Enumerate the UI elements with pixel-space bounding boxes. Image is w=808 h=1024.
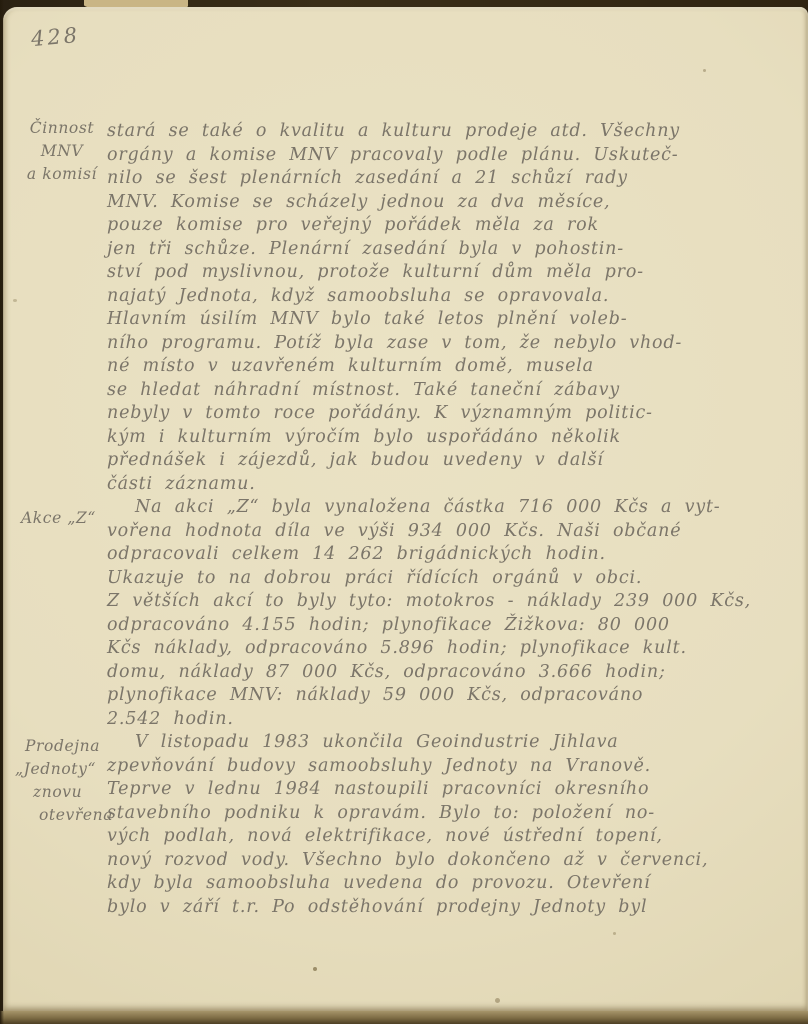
handwritten-line: části záznamu. — [107, 473, 783, 497]
handwritten-line: Teprve v lednu 1984 nastoupili pracovníc… — [107, 778, 783, 802]
handwritten-line: se hledat náhradní místnost. Také tanečn… — [107, 379, 783, 403]
margin-note-line: MNV — [15, 140, 109, 163]
chronicle-page: 428 Činnost MNV a komisí Akce „Z“ Prodej… — [3, 7, 808, 1011]
margin-note-akce-z: Akce „Z“ — [21, 507, 115, 530]
handwritten-line: vých podlah, nová elektrifikace, nové ús… — [107, 825, 783, 849]
handwritten-line: přednášek i zájezdů, jak budou uvedeny v… — [107, 449, 783, 473]
handwritten-line: ního programu. Potíž byla zase v tom, že… — [107, 332, 783, 356]
handwritten-line: zpevňování budovy samoobsluhy Jednoty na… — [107, 755, 783, 779]
handwritten-line: Kčs náklady, odpracováno 5.896 hodin; pl… — [107, 637, 783, 661]
handwritten-line: Hlavním úsilím MNV bylo také letos plněn… — [107, 308, 783, 332]
handwritten-line: vořena hodnota díla ve výši 934 000 Kčs.… — [107, 520, 783, 544]
chronicle-photo: 428 Činnost MNV a komisí Akce „Z“ Prodej… — [0, 0, 808, 1024]
handwritten-line: plynofikace MNV: náklady 59 000 Kčs, odp… — [107, 684, 783, 708]
handwritten-line: ství pod myslivnou, protože kulturní dům… — [107, 261, 783, 285]
paper-speck — [313, 967, 317, 971]
handwritten-line: Ukazuje to na dobrou práci řídících orgá… — [107, 567, 783, 591]
margin-note-line: a komisí — [15, 163, 109, 186]
handwritten-line: nový rozvod vody. Všechno bylo dokončeno… — [107, 849, 783, 873]
handwritten-line: V listopadu 1983 ukončila Geoindustrie J… — [107, 731, 783, 755]
handwritten-line: MNV. Komise se scházely jednou za dva mě… — [107, 191, 783, 215]
handwritten-line: Z větších akcí to byly tyto: motokros - … — [107, 590, 783, 614]
handwritten-line: pouze komise pro veřejný pořádek měla za… — [107, 214, 783, 238]
handwritten-line: bylo v září t.r. Po odstěhování prodejny… — [107, 896, 783, 920]
handwritten-line: odpracováno 4.155 hodin; plynofikace Žiž… — [107, 614, 783, 638]
paper-speck — [495, 998, 500, 1003]
margin-note-cinnost-mnv: Činnost MNV a komisí — [15, 117, 109, 186]
page-left-edge — [0, 0, 4, 1024]
handwritten-line: orgány a komise MNV pracovaly podle plán… — [107, 144, 783, 168]
handwritten-line: najatý Jednota, když samoobsluha se opra… — [107, 285, 783, 309]
margin-note-line: „Jednoty“ — [15, 758, 121, 781]
margin-note-line: Činnost — [15, 117, 109, 140]
handwritten-line: stará se také o kvalitu a kulturu prodej… — [107, 120, 783, 144]
handwritten-line: jen tři schůze. Plenární zasedání byla v… — [107, 238, 783, 262]
paper-speck — [13, 299, 17, 302]
handwritten-line: kdy byla samoobsluha uvedena do provozu.… — [107, 872, 783, 896]
paper-speck — [613, 932, 616, 935]
handwritten-line: Na akci „Z“ byla vynaložena částka 716 0… — [107, 496, 783, 520]
handwritten-line: kým i kulturním výročím bylo uspořádáno … — [107, 426, 783, 450]
handwritten-line: nebyly v tomto roce pořádány. K významný… — [107, 402, 783, 426]
handwritten-line: né místo v uzavřeném kulturním domě, mus… — [107, 355, 783, 379]
margin-note-line: Akce „Z“ — [21, 507, 115, 530]
handwritten-line: 2.542 hodin. — [107, 708, 783, 732]
handwritten-line: nilo se šest plenárních zasedání a 21 sc… — [107, 167, 783, 191]
handwritten-line: domu, náklady 87 000 Kčs, odpracováno 3.… — [107, 661, 783, 685]
margin-note-prodejna-jednoty: Prodejna „Jednoty“ znovu otevřena — [13, 735, 121, 827]
handwritten-line: odpracovali celkem 14 262 brigádnických … — [107, 543, 783, 567]
page-bottom-edge — [0, 1011, 808, 1024]
page-number: 428 — [30, 23, 81, 51]
handwritten-line: stavebního podniku k opravám. Bylo to: p… — [107, 802, 783, 826]
paper-speck — [703, 69, 706, 72]
handwritten-body: stará se také o kvalitu a kulturu prodej… — [107, 120, 783, 919]
